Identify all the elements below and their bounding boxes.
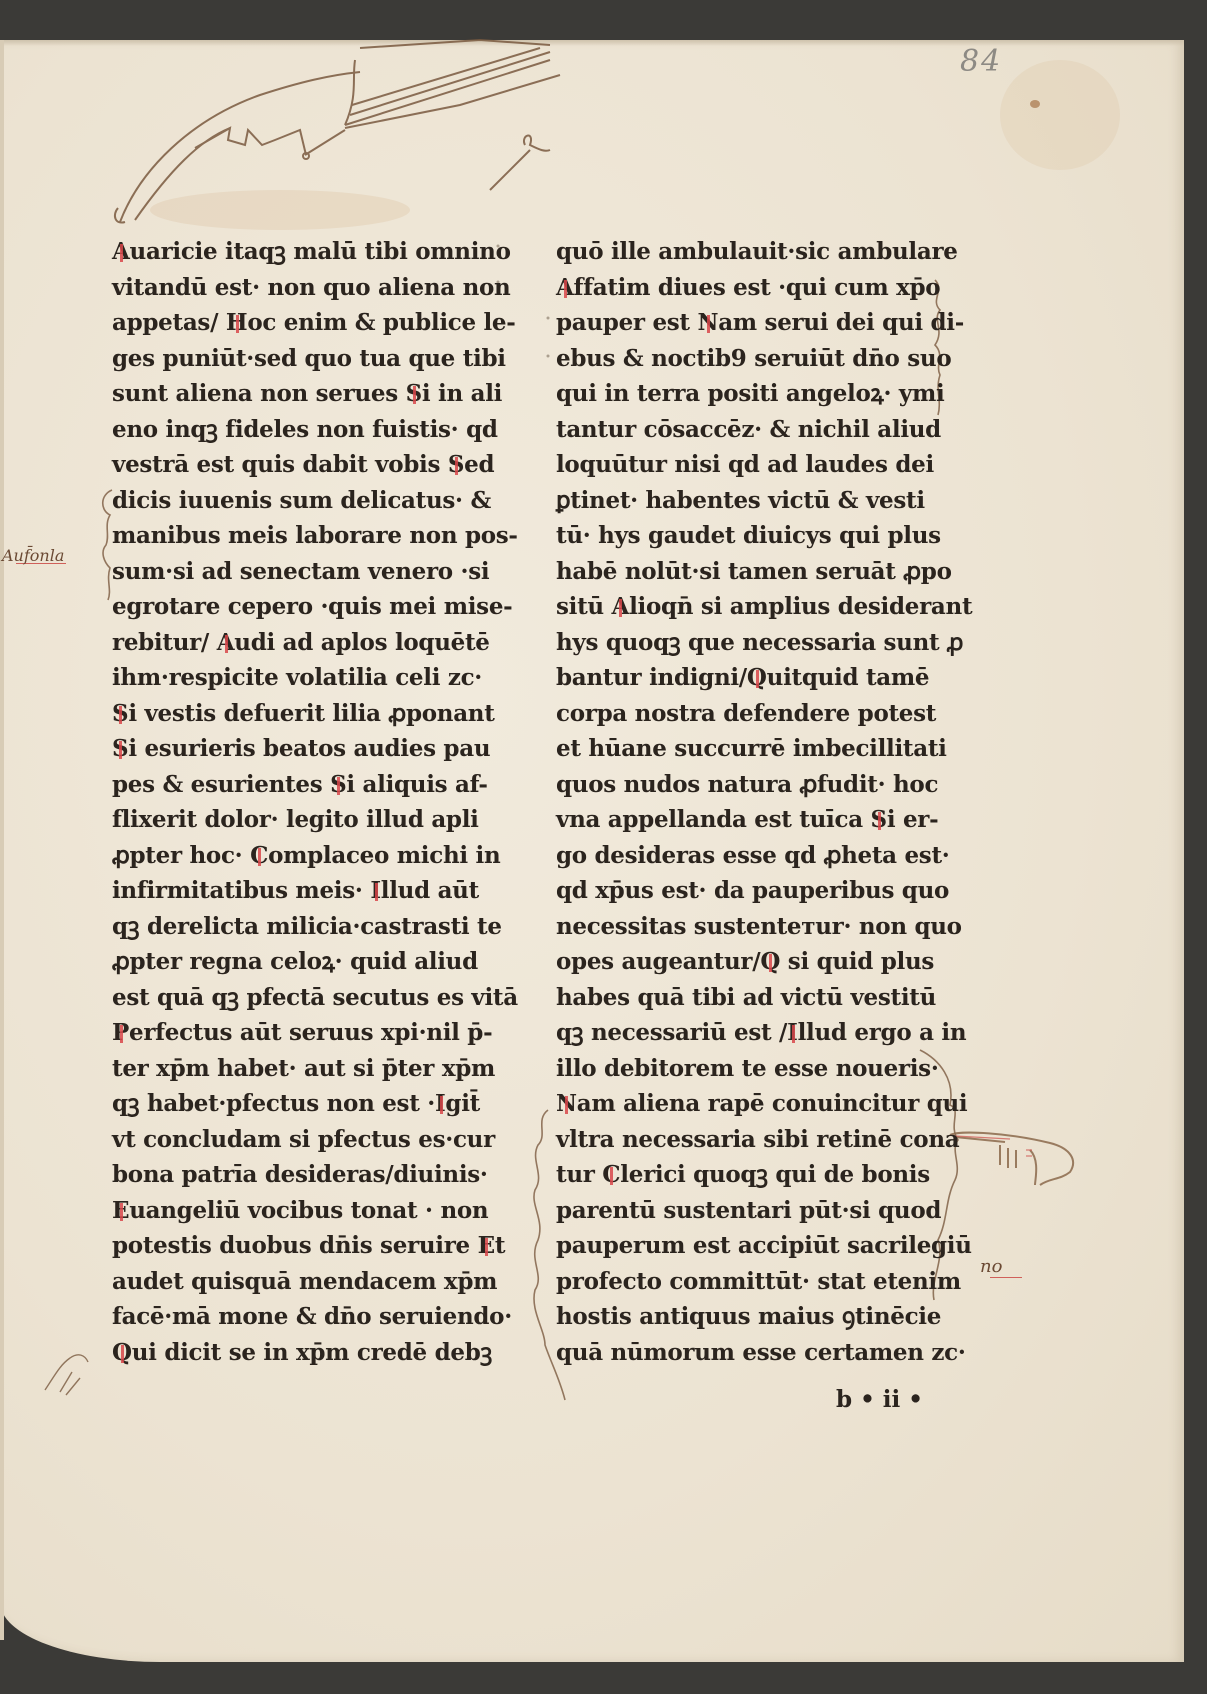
rubricated-initial: I: [370, 877, 380, 904]
text-line: vltra necessaria sibi retinē cona: [556, 1122, 926, 1158]
text-line: ꝑtinet· habentes victū & vesti: [556, 483, 926, 519]
margin-note-right-text: no: [980, 1256, 1002, 1277]
text-line: appetas/ Hoc enim & publice le-: [112, 305, 482, 341]
foxing-stain: [150, 190, 410, 230]
text-line: quos nudos natura ꝓfudit· hoc: [556, 767, 926, 803]
text-line: dicis iuuenis sum delicatus· &: [112, 483, 482, 519]
rubricated-initial: Q: [747, 664, 767, 691]
text-line: et hūane succurrē imbecillitati: [556, 731, 926, 767]
text-line: ihm·respicite volatilia celi zc·: [112, 660, 482, 696]
margin-note-left-text: Auf̄onla: [2, 546, 64, 565]
rubricated-initial: E: [112, 1197, 129, 1224]
text-line: manibus meis laborare non pos-: [112, 518, 482, 554]
text-line: tur Clerici quoqꝫ qui de bonis: [556, 1157, 926, 1193]
text-line: Perfectus aūt seruus xpi·nil p̄-: [112, 1015, 482, 1051]
rubricated-initial: S: [112, 700, 128, 727]
text-line: egrotare cepero ·quis mei mise-: [112, 589, 482, 625]
rubricated-initial: N: [556, 1090, 577, 1117]
text-line: go desideras esse qd ꝓheta est·: [556, 838, 926, 874]
rubricated-initial: Q: [760, 948, 780, 975]
text-line: Nam aliena rapē conuincitur qui: [556, 1086, 926, 1122]
rubricated-initial: I: [435, 1090, 445, 1117]
rubricated-initial: A: [112, 238, 130, 265]
text-line: tū· hys gaudet diuicys qui plus: [556, 518, 926, 554]
text-line: ꝓpter hoc· Complaceo michi in: [112, 838, 482, 874]
text-line: ebus & noctib9 seruiūt dn̄o suo: [556, 341, 926, 377]
rubricated-initial: Q: [112, 1339, 132, 1366]
text-line: necessitas sustenteтur· non quo: [556, 909, 926, 945]
text-line: pauper est Nam serui dei qui di-: [556, 305, 926, 341]
margin-note-left: Auf̄onla: [2, 546, 66, 564]
folio-number: 84: [960, 44, 1002, 79]
red-underline: [990, 1277, 1022, 1278]
text-line: vt concludam si pfectus es·cur: [112, 1122, 482, 1158]
text-line: est quā qꝫ pfectā secutus es vitā: [112, 980, 482, 1016]
rubricated-initial: E: [478, 1232, 495, 1259]
text-line: bantur indigni/Quitquid tamē: [556, 660, 926, 696]
signature-mark: b • ii •: [836, 1386, 923, 1413]
rubricated-initial: C: [602, 1161, 620, 1188]
text-line: Affatim diues est ·qui cum xp̄o: [556, 270, 926, 306]
text-line: potestis duobus dn̄is seruire Et: [112, 1228, 482, 1264]
text-line: pauperum est accipiūt sacrilegiū: [556, 1228, 926, 1264]
text-line: infirmitatibus meis· Illud aūt: [112, 873, 482, 909]
rubricated-initial: P: [112, 1019, 129, 1046]
foxing-stain: [1030, 100, 1040, 108]
rubricated-initial: S: [112, 735, 128, 762]
text-line: corpa nostra defendere potest: [556, 696, 926, 732]
text-line: profecto committūt· stat etenim: [556, 1264, 926, 1300]
text-line: Si vestis defuerit lilia ꝓponant: [112, 696, 482, 732]
text-line: vitandū est· non quo aliena non: [112, 270, 482, 306]
rubricated-initial: S: [330, 771, 346, 798]
text-line: pes & esurientes Si aliquis af-: [112, 767, 482, 803]
text-line: vna appellanda est tuīca Si er-: [556, 802, 926, 838]
rubricated-initial: A: [612, 593, 630, 620]
rubricated-initial: A: [556, 274, 574, 301]
rubricated-initial: I: [787, 1019, 797, 1046]
rubricated-initial: H: [226, 309, 247, 336]
rubricated-initial: S: [448, 451, 464, 478]
text-line: qꝫ necessariū est /Illud ergo a in: [556, 1015, 926, 1051]
text-line: vestrā est quis dabit vobis Sed: [112, 447, 482, 483]
foxing-stain: [1000, 60, 1120, 170]
text-column-left: Auaricie itaqꝫ malū tibi omnino vitandū …: [112, 234, 482, 1370]
text-line: rebitur/ Audi ad aplos loquētē: [112, 625, 482, 661]
text-line: Euangeliū vocibus tonat · non: [112, 1193, 482, 1229]
text-line: habes quā tibi ad victū vestitū: [556, 980, 926, 1016]
text-line: Si esurieris beatos audies pau: [112, 731, 482, 767]
text-line: qd xp̄us est· da pauperibus quo: [556, 873, 926, 909]
text-line: bona patrīa desideras/diuinis·: [112, 1157, 482, 1193]
text-line: sitū Alioqn̄ si amplius desiderant: [556, 589, 926, 625]
text-line: quō ille ambulauit·sic ambulare: [556, 234, 926, 270]
page-top-edge: [0, 40, 1184, 46]
text-line: ges puniūt·sed quo tua que tibi: [112, 341, 482, 377]
text-line: tantur cōsaccēz· & nichil aliud: [556, 412, 926, 448]
rubricated-initial: C: [250, 842, 268, 869]
text-line: flixerit dolor· legito illud apli: [112, 802, 482, 838]
text-line: hys quoqꝫ que necessaria sunt ꝓ: [556, 625, 926, 661]
text-line: Auaricie itaqꝫ malū tibi omnino: [112, 234, 482, 270]
text-line: illo debitorem te esse noueris·: [556, 1051, 926, 1087]
text-line: opes augeantur/Q si quid plus: [556, 944, 926, 980]
text-line: audet quisquā mendacem xp̄m: [112, 1264, 482, 1300]
text-line: loquūtur nisi qd ad laudes dei: [556, 447, 926, 483]
text-line: eno inqꝫ fideles non fuistis· qd: [112, 412, 482, 448]
text-line: quā nūmorum esse certamen zc·: [556, 1335, 926, 1371]
text-line: habē nolūt·si tamen seruāt ꝓpo: [556, 554, 926, 590]
text-line: ter xp̄m habet· aut si p̄ter xp̄m: [112, 1051, 482, 1087]
text-line: Qui dicit se in xp̄m credē debꝫ: [112, 1335, 482, 1371]
text-line: ꝓpter regna celoꝝ· quid aliud: [112, 944, 482, 980]
text-line: qui in terra positi angeloꝝ· ymi: [556, 376, 926, 412]
text-column-right: quō ille ambulauit·sic ambulare Affatim …: [556, 234, 926, 1370]
rubricated-initial: N: [697, 309, 718, 336]
rubricated-initial: S: [871, 806, 887, 833]
text-line: qꝫ habet·pfectus non est ·Igit̄: [112, 1086, 482, 1122]
text-line: sum·si ad senectam venero ·si: [112, 554, 482, 590]
text-line: parentū sustentari pūt·si quod: [556, 1193, 926, 1229]
text-line: facē·mā mone & dn̄o seruiendo·: [112, 1299, 482, 1335]
gutter-edge: [0, 40, 4, 1640]
text-line: hostis antiquus maius ꝯtinēcie: [556, 1299, 926, 1335]
text-line: sunt aliena non serues Si in ali: [112, 376, 482, 412]
margin-note-right: no: [980, 1256, 1022, 1278]
text-line: qꝫ derelicta milicia·castrasti te: [112, 909, 482, 945]
rubricated-initial: A: [217, 629, 235, 656]
rubricated-initial: S: [406, 380, 422, 407]
